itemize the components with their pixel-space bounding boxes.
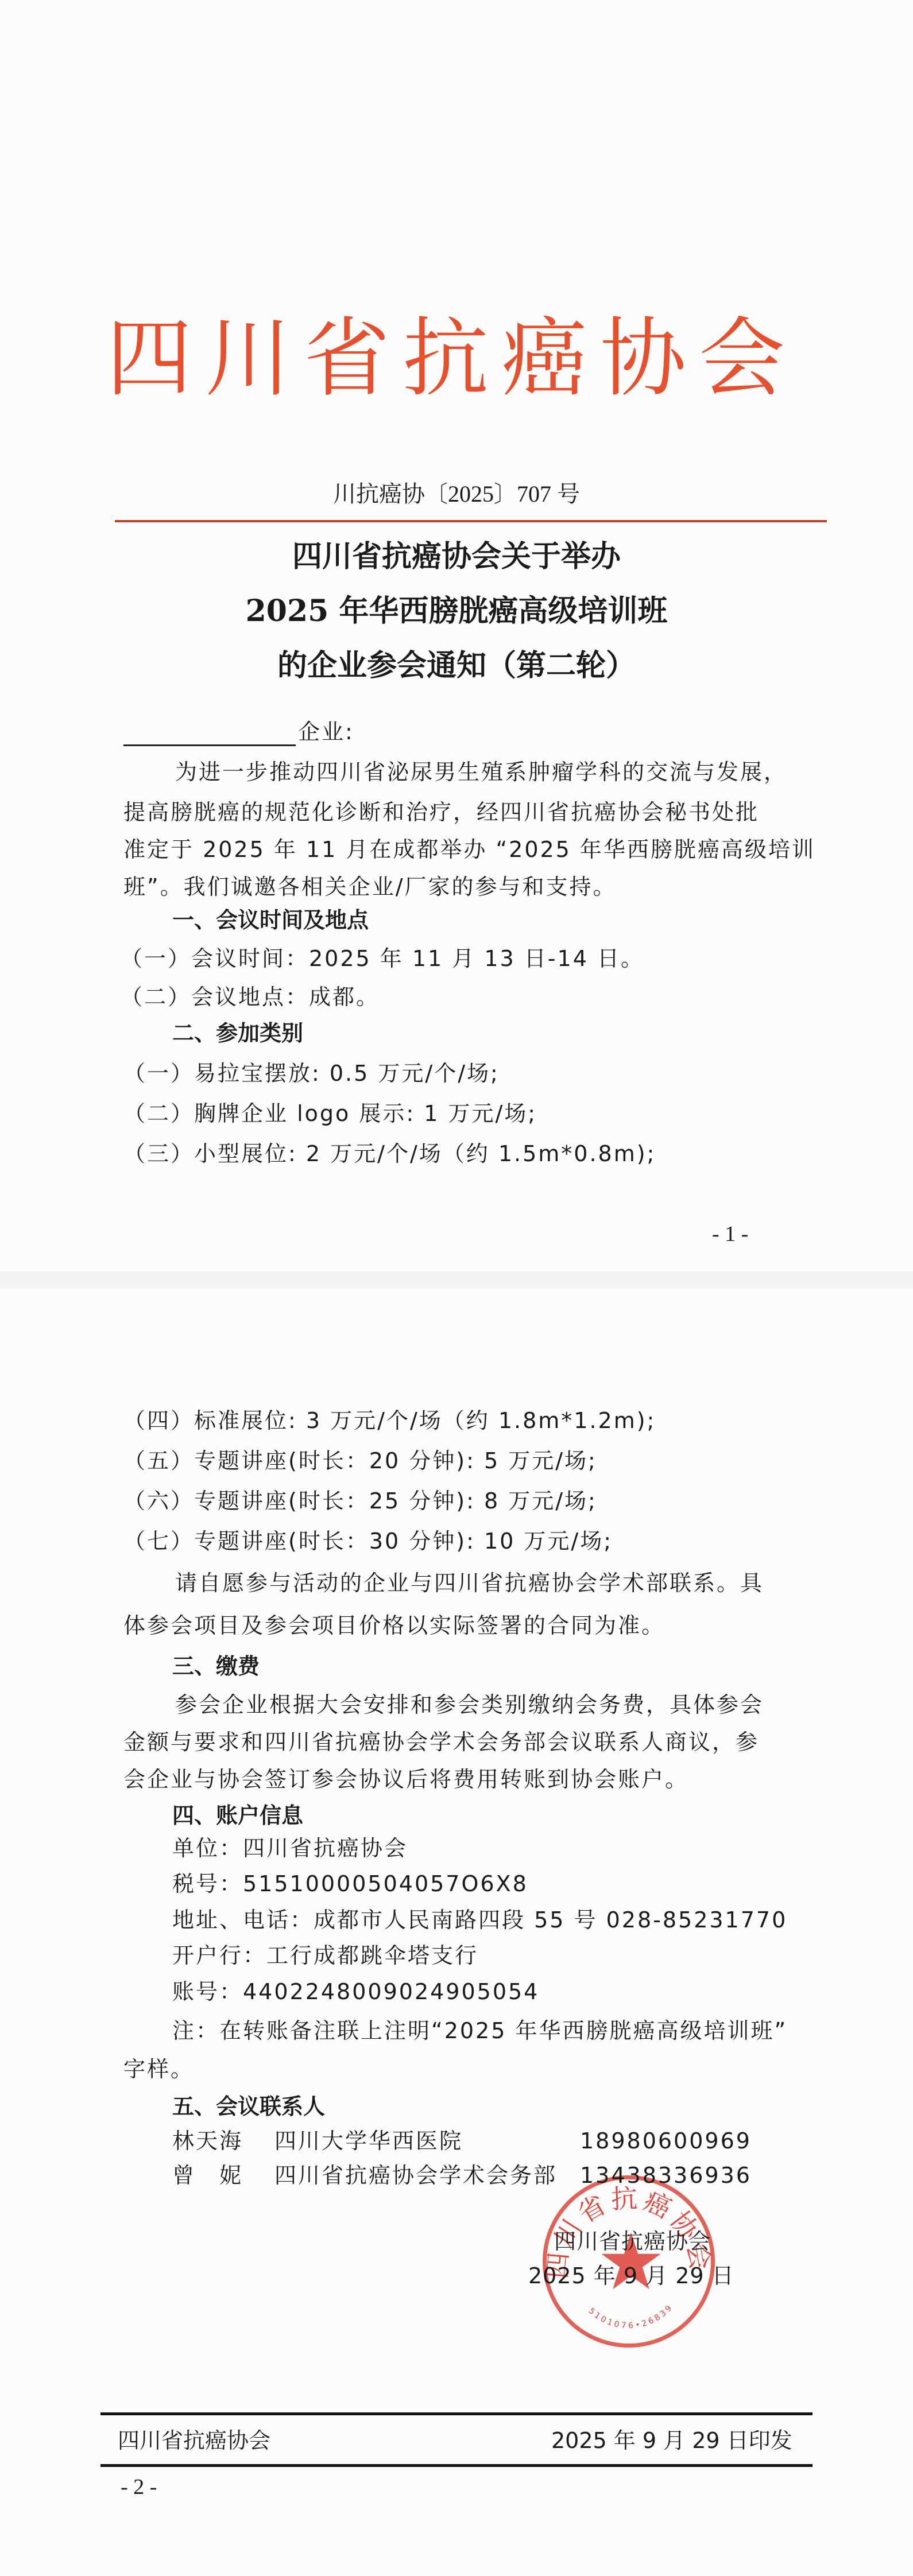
section-2-item-6: （六）专题讲座(时长：25 分钟): 8 万元/场; xyxy=(123,1487,597,1515)
intro-line-2: 提高膀胱癌的规范化诊断和治疗，经四川省抗癌协会秘书处批 xyxy=(123,798,759,827)
section-2-item-5: （五）专题讲座(时长：20 分钟): 5 万元/场; xyxy=(123,1446,597,1475)
org-title-red: 四川省抗癌协会 xyxy=(106,310,795,408)
contact-name: 林天海 xyxy=(172,2128,243,2154)
page-gap xyxy=(0,1271,913,1289)
footer-issuer: 四川省抗癌协会 xyxy=(118,2426,270,2455)
transfer-note-line-1: 注：在转账备注联上注明“2025 年华西膀胱癌高级培训班” xyxy=(172,2016,787,2045)
footer-rule-bottom xyxy=(100,2464,813,2467)
document-number: 川抗癌协〔2025〕707 号 xyxy=(0,480,913,509)
payment-line-3: 会企业与协会签订参会协议后将费用转账到协会账户。 xyxy=(123,1765,688,1794)
contact-row-1: 林天海 xyxy=(172,2127,243,2155)
section-1-heading: 一、会议时间及地点 xyxy=(172,906,369,934)
section-2-item-2: （二）胸牌企业 logo 展示: 1 万元/场; xyxy=(123,1099,537,1128)
contact-phone-2: 13438336936 xyxy=(580,2161,752,2190)
participation-note-line-2: 体参会项目及参会项目价格以实际签署的合同为准。 xyxy=(123,1611,665,1640)
contact-name: 曾 妮 xyxy=(172,2163,243,2188)
intro-line-1: 为进一步推动四川省泌尿男生殖系肿瘤学科的交流与发展， xyxy=(175,758,787,786)
intro-line-3: 准定于 2025 年 11 月在成都举办 “2025 年华西膀胱癌高级培训 xyxy=(123,835,815,864)
section-2-item-4: （四）标准展位: 3 万元/个/场（约 1.8m*1.2m); xyxy=(123,1406,656,1435)
section-3-heading: 三、缴费 xyxy=(172,1652,260,1681)
footer-issue-date: 2025 年 9 月 29 日印发 xyxy=(551,2426,792,2455)
payment-line-2: 金额与要求和四川省抗癌协会学术会务部会议联系人商议，参 xyxy=(123,1728,759,1756)
page-2: （四）标准展位: 3 万元/个/场（约 1.8m*1.2m); （五）专题讲座(… xyxy=(0,1289,913,2576)
transfer-note-line-2: 字样。 xyxy=(123,2055,194,2084)
payment-line-1: 参会企业根据大会安排和参会类别缴纳会务费，具体参会 xyxy=(175,1690,764,1719)
red-divider xyxy=(115,520,827,522)
signature-org: 四川省抗癌协会 xyxy=(554,2227,711,2256)
contact-org-2: 四川省抗癌协会学术会务部 xyxy=(274,2161,557,2190)
section-2-item-1: （一）易拉宝摆放: 0.5 万元/个/场; xyxy=(123,1059,500,1088)
account-bank: 开户行：工行成都跳伞塔支行 xyxy=(172,1941,478,1970)
contact-org-1: 四川大学华西医院 xyxy=(274,2127,463,2155)
account-unit: 单位：四川省抗癌协会 xyxy=(172,1834,408,1863)
section-1-item-1: （一）会议时间：2025 年 11 月 13 日-14 日。 xyxy=(121,944,644,973)
section-5-heading: 五、会议联系人 xyxy=(172,2092,325,2121)
contact-row-2: 曾 妮 xyxy=(172,2161,243,2190)
notice-title-line-1: 四川省抗癌协会关于举办 xyxy=(0,537,913,577)
intro-line-4: 班”。我们诚邀各相关企业/厂家的参与和支持。 xyxy=(123,872,617,901)
notice-title-line-3: 的企业参会通知（第二轮） xyxy=(0,646,913,686)
account-address-phone: 地址、电话：成都市人民南路四段 55 号 028-85231770 xyxy=(172,1906,787,1934)
contact-phone-1: 18980600969 xyxy=(580,2127,752,2155)
salutation-text: 企业: xyxy=(298,719,354,744)
notice-title-line-2: 2025 年华西膀胱癌高级培训班 xyxy=(0,591,913,631)
page-number-2: - 2 - xyxy=(121,2473,157,2501)
section-2-heading: 二、参加类别 xyxy=(172,1019,303,1048)
page-1: 四川省抗癌协会 川抗癌协〔2025〕707 号 四川省抗癌协会关于举办 2025… xyxy=(0,0,913,1271)
section-1-item-2: （二）会议地点：成都。 xyxy=(121,983,380,1011)
page-number-1: - 1 - xyxy=(712,1220,748,1248)
account-tax-id: 税号：51510000504057O6X8 xyxy=(172,1869,528,1898)
footer-rule-top xyxy=(100,2412,813,2415)
section-4-heading: 四、账户信息 xyxy=(172,1801,303,1830)
salutation: 企业: xyxy=(123,717,354,746)
participation-note-line-1: 请自愿参与活动的企业与四川省抗癌协会学术部联系。具 xyxy=(175,1569,764,1597)
signature-date: 2025 年 9 月 29 日 xyxy=(528,2261,734,2290)
account-number: 账号：4402248009024905054 xyxy=(172,1977,539,2006)
section-2-item-7: （七）专题讲座(时长：30 分钟): 10 万元/场; xyxy=(123,1527,613,1555)
svg-text:5101076•26839: 5101076•26839 xyxy=(587,2302,675,2330)
section-2-item-3: （三）小型展位: 2 万元/个/场（约 1.5m*0.8m); xyxy=(123,1139,656,1168)
company-name-blank xyxy=(123,723,296,746)
